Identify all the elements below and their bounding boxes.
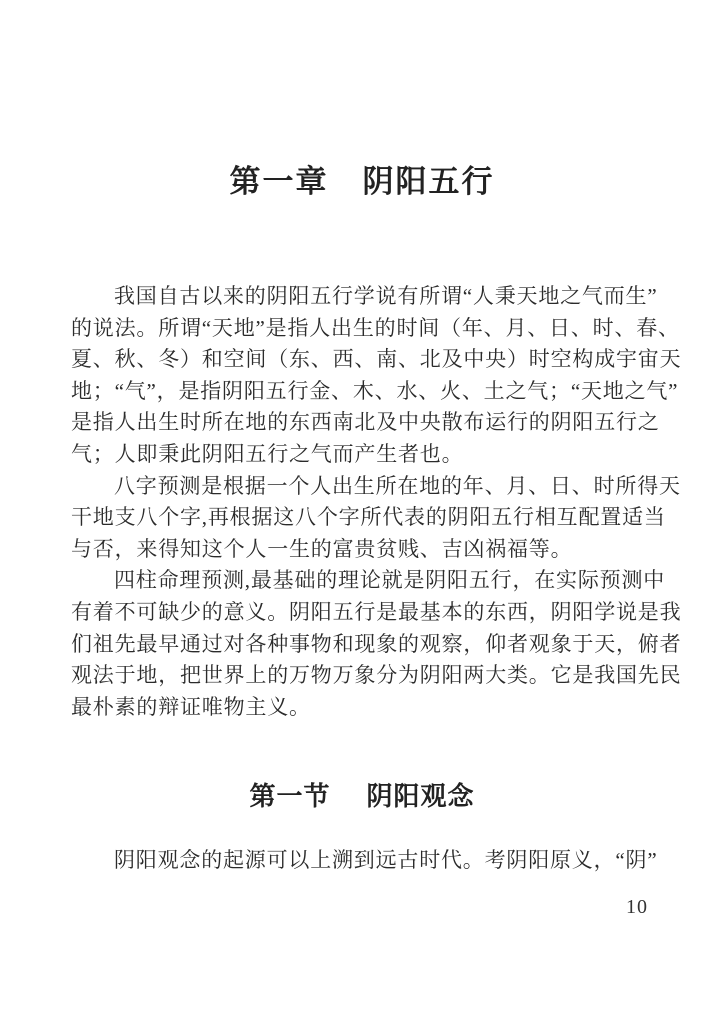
body-line: 四柱命理预测,最基础的理论就是阴阳五行，在实际预测中	[71, 565, 663, 597]
section-number: 第一节	[249, 776, 330, 813]
body-line: 地；“气”，是指阴阳五行金、木、水、火、土之气；“天地之气”	[71, 376, 663, 408]
body-line: 们祖先最早通过对各种事物和现象的观察，仰者观象于天，俯者	[71, 629, 663, 661]
body-line: 最朴素的辩证唯物主义。	[71, 692, 663, 724]
section-heading: 第一节 阴阳观念	[0, 776, 724, 813]
book-page: 第一章 阴阳五行 我国自古以来的阴阳五行学说有所谓“人秉天地之气而生” 的说法。…	[0, 0, 724, 1024]
body-line: 与否，来得知这个人一生的富贵贫贱、吉凶祸福等。	[71, 534, 663, 566]
body-paragraph: 我国自古以来的阴阳五行学说有所谓“人秉天地之气而生” 的说法。所谓“天地”是指人…	[71, 281, 663, 471]
body-paragraph: 阴阳观念的起源可以上溯到远古时代。考阴阳原义，“阴”	[71, 845, 663, 877]
chapter-heading: 第一章 阴阳五行	[0, 156, 724, 201]
body-line: 的说法。所谓“天地”是指人出生的时间（年、月、日、时、春、	[71, 313, 663, 345]
body-text-block: 我国自古以来的阴阳五行学说有所谓“人秉天地之气而生” 的说法。所谓“天地”是指人…	[71, 281, 663, 723]
body-line: 有着不可缺少的意义。阴阳五行是最基本的东西，阴阳学说是我	[71, 597, 663, 629]
body-line: 夏、秋、冬）和空间（东、西、南、北及中央）时空构成宇宙天	[71, 344, 663, 376]
body-paragraph: 四柱命理预测,最基础的理论就是阴阳五行，在实际预测中 有着不可缺少的意义。阴阳五…	[71, 565, 663, 723]
body-line: 干地支八个字,再根据这八个字所代表的阴阳五行相互配置适当	[71, 502, 663, 534]
body-line: 气；人即秉此阴阳五行之气而产生者也。	[71, 439, 663, 471]
body-line: 是指人出生时所在地的东西南北及中央散布运行的阴阳五行之	[71, 407, 663, 439]
section-title-text: 阴阳观念	[367, 776, 475, 813]
body-line: 阴阳观念的起源可以上溯到远古时代。考阴阳原义，“阴”	[71, 845, 663, 877]
body-line: 八字预测是根据一个人出生所在地的年、月、日、时所得天	[71, 471, 663, 503]
body-line: 观法于地，把世界上的万物万象分为阴阳两大类。它是我国先民	[71, 660, 663, 692]
body-text-block: 阴阳观念的起源可以上溯到远古时代。考阴阳原义，“阴”	[71, 845, 663, 877]
page-number: 10	[626, 896, 648, 919]
body-paragraph: 八字预测是根据一个人出生所在地的年、月、日、时所得天 干地支八个字,再根据这八个…	[71, 471, 663, 566]
chapter-title-text: 阴阳五行	[363, 156, 495, 201]
chapter-number: 第一章	[230, 156, 329, 201]
body-line: 我国自古以来的阴阳五行学说有所谓“人秉天地之气而生”	[71, 281, 663, 313]
